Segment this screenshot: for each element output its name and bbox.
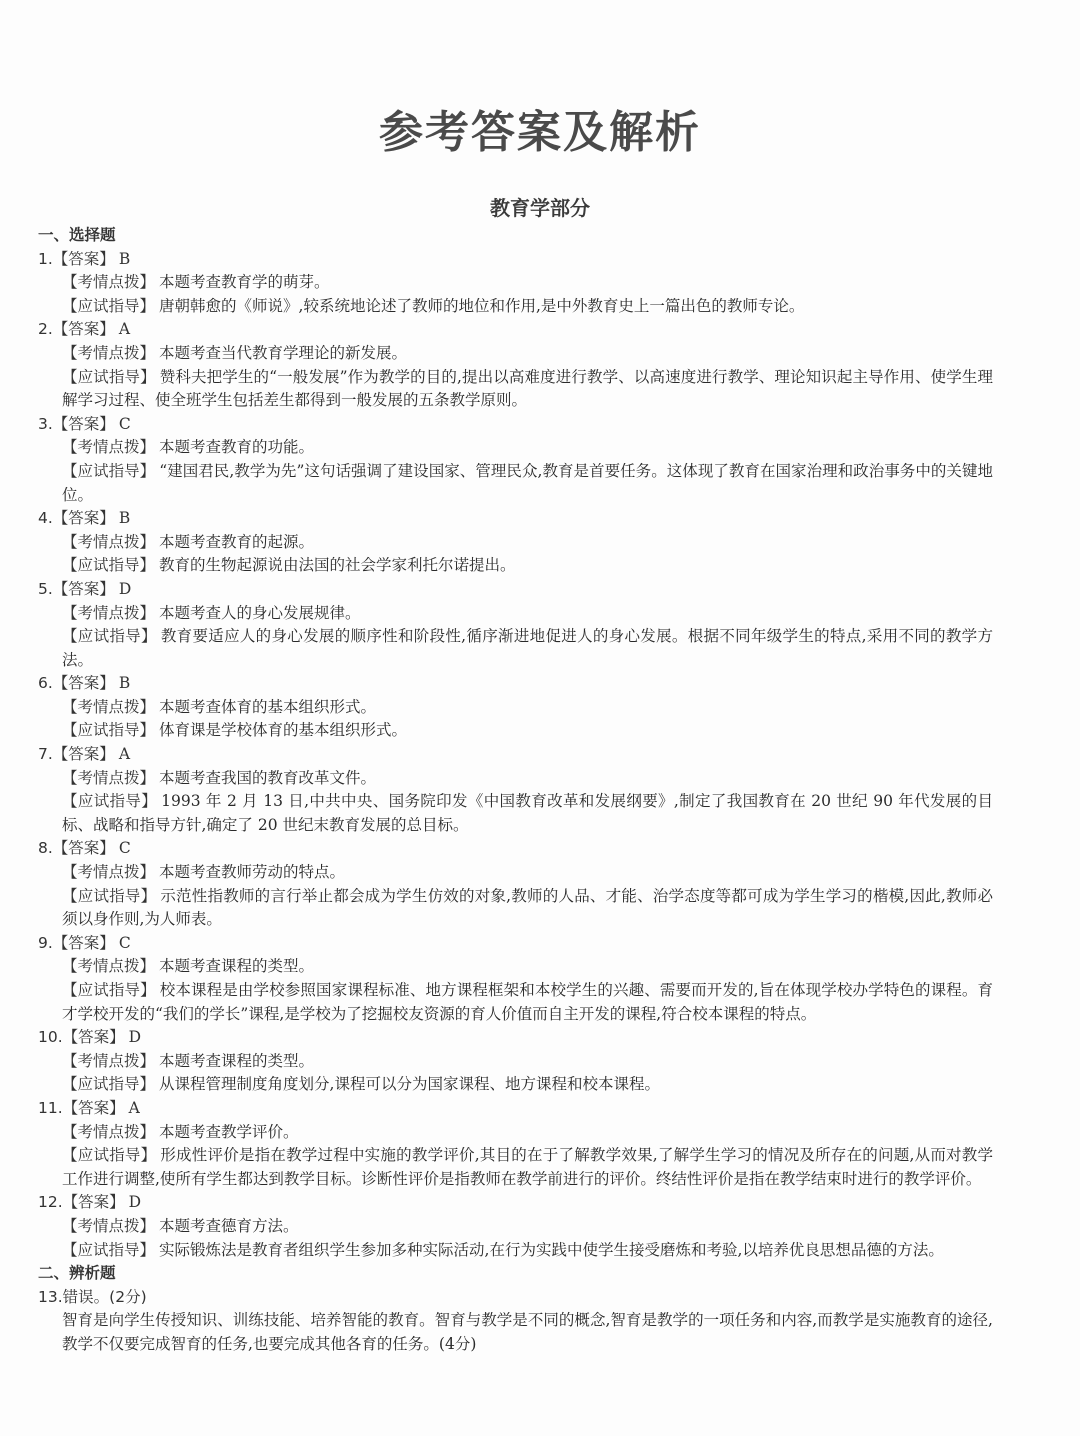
guide-text: 教育要适应人的身心发展的顺序性和阶段性,循序渐进地促进人的身心发展。根据不同年级…: [62, 627, 993, 669]
guide-text: 教育的生物起源说由法国的社会学家利托尔诺提出。: [159, 556, 516, 574]
answer-choice: A: [119, 745, 130, 763]
guide-text: 形成性评价是指在教学过程中实施的教学评价,其目的在于了解教学效果,了解学生学习的…: [62, 1146, 993, 1188]
question-number: 10.: [38, 1028, 63, 1046]
answer-label: 【答案】: [63, 1099, 125, 1117]
guide-label: 【应试指导】: [62, 462, 155, 480]
guide-label: 【应试指导】: [62, 1075, 155, 1093]
question-item: 10.【答案】D【考情点拨】本题考查课程的类型。【应试指导】从课程管理制度角度划…: [38, 1026, 993, 1097]
guide-line: 【应试指导】从课程管理制度角度划分,课程可以分为国家课程、地方课程和校本课程。: [38, 1073, 993, 1097]
answer-choice: D: [129, 1028, 141, 1046]
exam-point-line: 【考情点拨】本题考查体育的基本组织形式。: [38, 696, 993, 720]
exam-point-line: 【考情点拨】本题考查教学评价。: [38, 1121, 993, 1145]
guide-label: 【应试指导】: [62, 1146, 156, 1164]
guide-line: 【应试指导】1993 年 2 月 13 日,中共中央、国务院印发《中国教育改革和…: [38, 790, 993, 837]
answer-line: 3.【答案】C: [38, 413, 993, 437]
answer-line: 7.【答案】A: [38, 743, 993, 767]
answer-choice: B: [119, 674, 130, 692]
answer-line: 1.【答案】B: [38, 248, 993, 272]
guide-text: 校本课程是由学校参照国家课程标准、地方课程框架和本校学生的兴趣、需要而开发的,旨…: [62, 981, 993, 1023]
guide-label: 【应试指导】: [62, 792, 157, 810]
analysis-verdict: 13.错误。(2分): [38, 1286, 993, 1310]
question-item: 5.【答案】D【考情点拨】本题考查人的身心发展规律。【应试指导】教育要适应人的身…: [38, 578, 993, 672]
guide-text: 实际锻炼法是教育者组织学生参加多种实际活动,在行为实践中使学生接受磨炼和考验,以…: [159, 1241, 944, 1259]
guide-line: 【应试指导】教育的生物起源说由法国的社会学家利托尔诺提出。: [38, 554, 993, 578]
answer-label: 【答案】: [53, 745, 115, 763]
guide-line: 【应试指导】唐朝韩愈的《师说》,较系统地论述了教师的地位和作用,是中外教育史上一…: [38, 295, 993, 319]
guide-label: 【应试指导】: [62, 556, 155, 574]
question-number: 5.: [38, 580, 53, 598]
guide-text: 赞科夫把学生的“一般发展”作为教学的目的,提出以高难度进行教学、以高速度进行教学…: [62, 368, 993, 410]
question-item: 7.【答案】A【考情点拨】本题考查我国的教育改革文件。【应试指导】1993 年 …: [38, 743, 993, 837]
question-number: 4.: [38, 509, 53, 527]
exam-point-label: 【考情点拨】: [62, 1217, 155, 1235]
answer-label: 【答案】: [53, 509, 115, 527]
answer-label: 【答案】: [53, 580, 115, 598]
exam-point-line: 【考情点拨】本题考查教育的起源。: [38, 531, 993, 555]
exam-point-text: 本题考查我国的教育改革文件。: [159, 769, 376, 787]
answer-label: 【答案】: [53, 839, 115, 857]
exam-point-line: 【考情点拨】本题考查教师劳动的特点。: [38, 861, 993, 885]
answer-choice: C: [119, 934, 131, 952]
question-item: 12.【答案】D【考情点拨】本题考查德育方法。【应试指导】实际锻炼法是教育者组织…: [38, 1191, 993, 1262]
answer-line: 4.【答案】B: [38, 507, 993, 531]
page-title: 参考答案及解析: [0, 96, 1080, 160]
exam-point-line: 【考情点拨】本题考查课程的类型。: [38, 955, 993, 979]
answer-line: 8.【答案】C: [38, 837, 993, 861]
exam-point-line: 【考情点拨】本题考查课程的类型。: [38, 1050, 993, 1074]
question-number: 3.: [38, 415, 53, 433]
answer-line: 10.【答案】D: [38, 1026, 993, 1050]
answer-line: 2.【答案】A: [38, 318, 993, 342]
exam-point-label: 【考情点拨】: [62, 957, 155, 975]
answer-key-page: 参考答案及解析 教育学部分 一、选择题 1.【答案】B【考情点拨】本题考查教育学…: [0, 0, 1080, 1436]
exam-point-text: 本题考查课程的类型。: [159, 1052, 314, 1070]
exam-point-label: 【考情点拨】: [62, 1052, 155, 1070]
question-item: 11.【答案】A【考情点拨】本题考查教学评价。【应试指导】形成性评价是指在教学过…: [38, 1097, 993, 1191]
exam-point-label: 【考情点拨】: [62, 1123, 155, 1141]
question-item: 1.【答案】B【考情点拨】本题考查教育学的萌芽。【应试指导】唐朝韩愈的《师说》,…: [38, 248, 993, 319]
answer-label: 【答案】: [53, 674, 115, 692]
answer-choice: B: [119, 509, 130, 527]
guide-text: “建国君民,教学为先”这句话强调了建设国家、管理民众,教育是首要任务。这体现了教…: [62, 462, 993, 504]
guide-label: 【应试指导】: [62, 627, 157, 645]
exam-point-line: 【考情点拨】本题考查我国的教育改革文件。: [38, 767, 993, 791]
answer-label: 【答案】: [53, 934, 115, 952]
document-body: 一、选择题 1.【答案】B【考情点拨】本题考查教育学的萌芽。【应试指导】唐朝韩愈…: [38, 224, 993, 1357]
answer-label: 【答案】: [53, 320, 115, 338]
question-number: 11.: [38, 1099, 63, 1117]
question-item: 2.【答案】A【考情点拨】本题考查当代教育学理论的新发展。【应试指导】赞科夫把学…: [38, 318, 993, 412]
guide-line: 【应试指导】赞科夫把学生的“一般发展”作为教学的目的,提出以高难度进行教学、以高…: [38, 366, 993, 413]
guide-line: 【应试指导】示范性指教师的言行举止都会成为学生仿效的对象,教师的人品、才能、治学…: [38, 885, 993, 932]
question-list: 1.【答案】B【考情点拨】本题考查教育学的萌芽。【应试指导】唐朝韩愈的《师说》,…: [38, 248, 993, 1263]
exam-point-text: 本题考查教学评价。: [159, 1123, 299, 1141]
exam-point-text: 本题考查人的身心发展规律。: [159, 604, 361, 622]
question-number: 8.: [38, 839, 53, 857]
exam-point-label: 【考情点拨】: [62, 863, 155, 881]
analysis-item: 13.错误。(2分) 智育是向学生传授知识、训练技能、培养智能的教育。智育与教学…: [38, 1286, 993, 1357]
exam-point-text: 本题考查德育方法。: [159, 1217, 299, 1235]
answer-label: 【答案】: [63, 1193, 125, 1211]
question-number: 6.: [38, 674, 53, 692]
answer-label: 【答案】: [63, 1028, 125, 1046]
exam-point-label: 【考情点拨】: [62, 533, 155, 551]
analysis-explanation: 智育是向学生传授知识、训练技能、培养智能的教育。智育与教学是不同的概念,智育是教…: [38, 1309, 993, 1356]
question-item: 9.【答案】C【考情点拨】本题考查课程的类型。【应试指导】校本课程是由学校参照国…: [38, 932, 993, 1026]
question-number: 7.: [38, 745, 53, 763]
exam-point-text: 本题考查教育的起源。: [159, 533, 314, 551]
answer-line: 12.【答案】D: [38, 1191, 993, 1215]
question-item: 4.【答案】B【考情点拨】本题考查教育的起源。【应试指导】教育的生物起源说由法国…: [38, 507, 993, 578]
exam-point-text: 本题考查教师劳动的特点。: [159, 863, 345, 881]
guide-line: 【应试指导】教育要适应人的身心发展的顺序性和阶段性,循序渐进地促进人的身心发展。…: [38, 625, 993, 672]
guide-label: 【应试指导】: [62, 297, 155, 315]
exam-point-line: 【考情点拨】本题考查教育学的萌芽。: [38, 271, 993, 295]
guide-text: 唐朝韩愈的《师说》,较系统地论述了教师的地位和作用,是中外教育史上一篇出色的教师…: [159, 297, 804, 315]
answer-choice: C: [119, 839, 131, 857]
exam-point-line: 【考情点拨】本题考查教育的功能。: [38, 436, 993, 460]
answer-line: 9.【答案】C: [38, 932, 993, 956]
question-item: 8.【答案】C【考情点拨】本题考查教师劳动的特点。【应试指导】示范性指教师的言行…: [38, 837, 993, 931]
verdict-text: 错误。(2分): [63, 1288, 147, 1306]
guide-text: 体育课是学校体育的基本组织形式。: [159, 721, 407, 739]
question-number: 9.: [38, 934, 53, 952]
section-heading-choice: 一、选择题: [38, 224, 993, 248]
section-subtitle: 教育学部分: [0, 192, 1080, 221]
guide-line: 【应试指导】形成性评价是指在教学过程中实施的教学评价,其目的在于了解教学效果,了…: [38, 1144, 993, 1191]
answer-label: 【答案】: [53, 250, 115, 268]
exam-point-line: 【考情点拨】本题考查当代教育学理论的新发展。: [38, 342, 993, 366]
guide-text: 从课程管理制度角度划分,课程可以分为国家课程、地方课程和校本课程。: [159, 1075, 660, 1093]
answer-choice: C: [119, 415, 131, 433]
guide-label: 【应试指导】: [62, 887, 156, 905]
guide-text: 示范性指教师的言行举止都会成为学生仿效的对象,教师的人品、才能、治学态度等都可成…: [62, 887, 993, 929]
question-number: 12.: [38, 1193, 63, 1211]
answer-choice: A: [129, 1099, 140, 1117]
exam-point-text: 本题考查课程的类型。: [159, 957, 314, 975]
guide-label: 【应试指导】: [62, 1241, 155, 1259]
guide-text: 1993 年 2 月 13 日,中共中央、国务院印发《中国教育改革和发展纲要》,…: [62, 792, 993, 834]
question-number: 13.: [38, 1288, 63, 1306]
question-number: 1.: [38, 250, 53, 268]
exam-point-label: 【考情点拨】: [62, 273, 155, 291]
question-item: 6.【答案】B【考情点拨】本题考查体育的基本组织形式。【应试指导】体育课是学校体…: [38, 672, 993, 743]
guide-label: 【应试指导】: [62, 981, 156, 999]
exam-point-label: 【考情点拨】: [62, 344, 155, 362]
answer-line: 5.【答案】D: [38, 578, 993, 602]
answer-choice: D: [129, 1193, 141, 1211]
question-item: 3.【答案】C【考情点拨】本题考查教育的功能。【应试指导】“建国君民,教学为先”…: [38, 413, 993, 507]
exam-point-label: 【考情点拨】: [62, 604, 155, 622]
exam-point-label: 【考情点拨】: [62, 769, 155, 787]
guide-label: 【应试指导】: [62, 721, 155, 739]
guide-line: 【应试指导】“建国君民,教学为先”这句话强调了建设国家、管理民众,教育是首要任务…: [38, 460, 993, 507]
guide-line: 【应试指导】校本课程是由学校参照国家课程标准、地方课程框架和本校学生的兴趣、需要…: [38, 979, 993, 1026]
exam-point-text: 本题考查体育的基本组织形式。: [159, 698, 376, 716]
guide-line: 【应试指导】体育课是学校体育的基本组织形式。: [38, 719, 993, 743]
answer-choice: A: [119, 320, 130, 338]
exam-point-line: 【考情点拨】本题考查人的身心发展规律。: [38, 602, 993, 626]
question-number: 2.: [38, 320, 53, 338]
answer-line: 11.【答案】A: [38, 1097, 993, 1121]
guide-line: 【应试指导】实际锻炼法是教育者组织学生参加多种实际活动,在行为实践中使学生接受磨…: [38, 1239, 993, 1263]
answer-choice: B: [119, 250, 130, 268]
exam-point-label: 【考情点拨】: [62, 438, 155, 456]
exam-point-text: 本题考查教育的功能。: [159, 438, 314, 456]
answer-choice: D: [119, 580, 131, 598]
guide-label: 【应试指导】: [62, 368, 156, 386]
exam-point-label: 【考情点拨】: [62, 698, 155, 716]
exam-point-text: 本题考查当代教育学理论的新发展。: [159, 344, 407, 362]
exam-point-text: 本题考查教育学的萌芽。: [159, 273, 330, 291]
answer-label: 【答案】: [53, 415, 115, 433]
exam-point-line: 【考情点拨】本题考查德育方法。: [38, 1215, 993, 1239]
answer-line: 6.【答案】B: [38, 672, 993, 696]
section-heading-analysis: 二、辨析题: [38, 1262, 993, 1286]
